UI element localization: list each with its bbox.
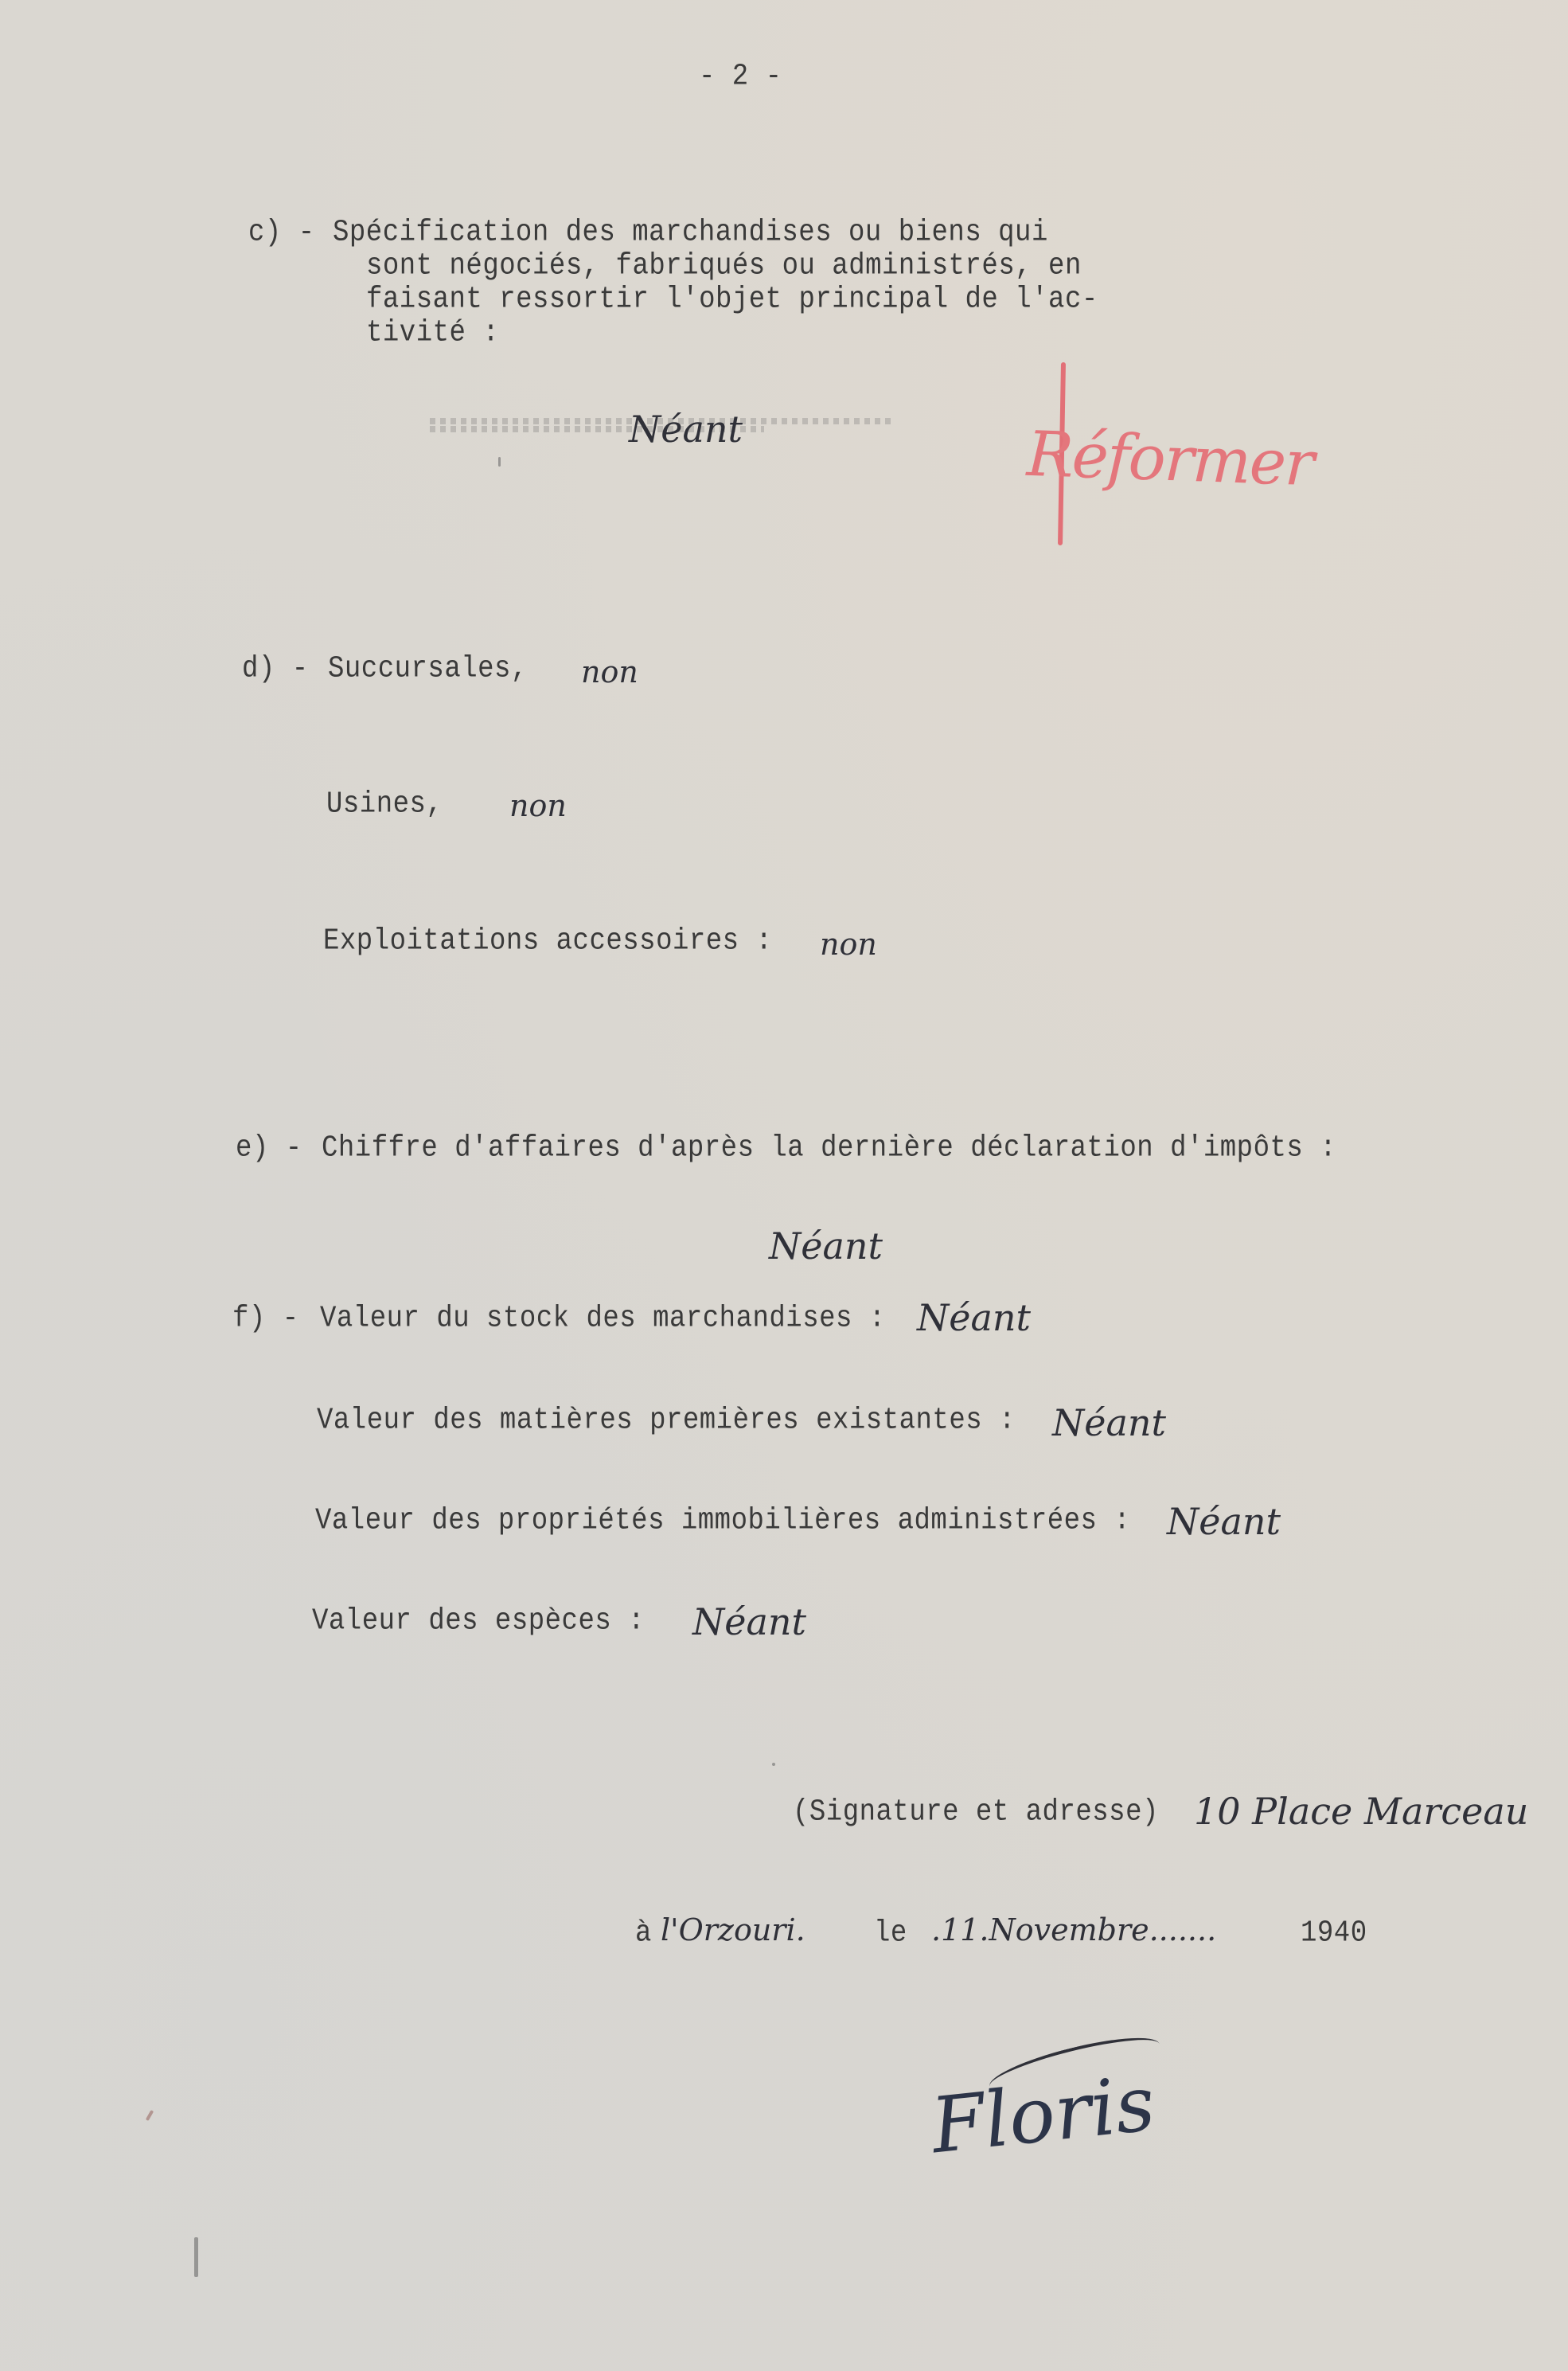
address-handwritten: 10 Place Marceau — [1194, 1790, 1528, 1833]
page-number: - 2 - — [699, 59, 782, 96]
exploitations-label: Exploitations accessoires : — [323, 924, 772, 960]
date-prefix: le — [874, 1916, 907, 1952]
usines-answer: non — [509, 788, 567, 823]
section-e-text: Chiffre d'affaires d'après la dernière d… — [322, 1131, 1336, 1167]
exploitations-answer: non — [820, 927, 877, 962]
section-e-label: e) - — [236, 1131, 319, 1167]
paper-mark — [498, 457, 501, 467]
section-d-label: d) - — [242, 651, 326, 688]
year: 1940 — [1301, 1916, 1367, 1952]
stock-answer: Néant — [917, 1296, 1031, 1339]
proprietes-answer: Néant — [1167, 1500, 1281, 1543]
stock-label: Valeur du stock des marchandises : — [320, 1301, 886, 1338]
section-c-line-3: faisant ressortir l'objet principal de l… — [366, 282, 1098, 318]
red-pencil-annotation: Réformer — [1026, 419, 1314, 500]
matieres-label: Valeur des matières premières existantes… — [317, 1403, 1016, 1439]
especes-label: Valeur des espèces : — [312, 1603, 645, 1640]
section-e-handwritten-answer: Néant — [769, 1225, 883, 1268]
section-c-handwritten-answer: Néant — [629, 408, 743, 451]
paper-mark — [772, 1763, 775, 1766]
succursales-answer: non — [581, 654, 638, 689]
section-c-label: c) - — [248, 215, 332, 252]
especes-answer: Néant — [692, 1600, 806, 1643]
section-c-line-2: sont négociés, fabriqués ou administrés,… — [366, 248, 1082, 285]
matieres-answer: Néant — [1052, 1401, 1166, 1444]
date-handwritten: .11.Novembre....... — [931, 1912, 1216, 1947]
succursales-label: Succursales, — [328, 651, 528, 688]
usines-label: Usines, — [326, 787, 443, 823]
document-page: - 2 - c) - Spécification des marchandise… — [0, 0, 1568, 2371]
proprietes-label: Valeur des propriétés immobilières admin… — [315, 1503, 1130, 1540]
place-handwritten: l'Orzouri. — [661, 1912, 805, 1947]
place-prefix: à — [635, 1916, 652, 1952]
section-f-label: f) - — [232, 1301, 316, 1338]
signature-address-label: (Signature et adresse) — [793, 1795, 1159, 1831]
signature: Floris — [927, 2059, 1159, 2171]
paper-mark — [146, 2110, 154, 2121]
section-c-line-4: tivité : — [366, 315, 499, 352]
paper-mark — [194, 2237, 198, 2277]
section-c-line-1: Spécification des marchandises ou biens … — [333, 215, 1048, 252]
